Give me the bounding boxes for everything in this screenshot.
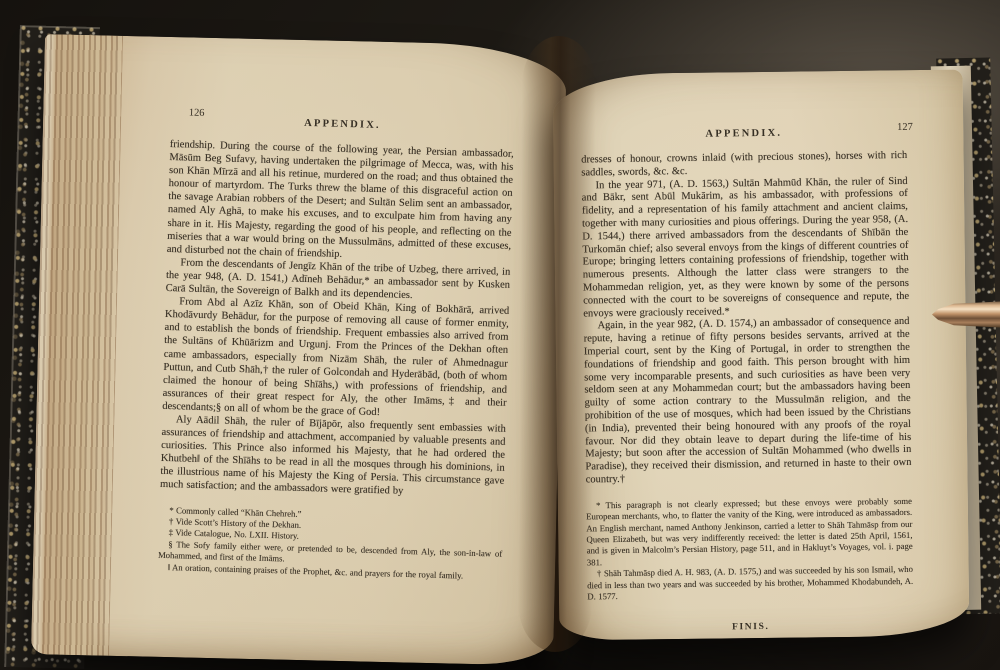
paragraph: friendship. During the course of the fol… bbox=[167, 138, 514, 266]
left-running-head: APPENDIX. bbox=[170, 114, 514, 135]
paragraph: Again, in the year 982, (A. D. 1574,) an… bbox=[583, 316, 911, 487]
right-footnotes: * This paragraph is not clearly expresse… bbox=[586, 496, 913, 603]
right-body-text: dresses of honour, crowns inlaid (with p… bbox=[581, 150, 912, 487]
photo-background: 126 APPENDIX. friendship. During the cou… bbox=[0, 0, 1000, 670]
book-page-right: APPENDIX. 127 dresses of honour, crowns … bbox=[553, 70, 970, 641]
right-running-head: APPENDIX. bbox=[581, 126, 907, 142]
footnote: † Shāh Tahmāsp died A. H. 983, (A. D. 15… bbox=[587, 564, 913, 603]
paragraph: In the year 971, (A. D. 1563,) Sultān Ma… bbox=[581, 176, 909, 321]
paragraph: From Abd al Azīz Khān, son of Obeid Khān… bbox=[162, 295, 509, 423]
left-footnotes: * Commonly called “Khān Chehreh.” † Vide… bbox=[158, 504, 504, 582]
footnote: * This paragraph is not clearly expresse… bbox=[586, 496, 913, 569]
finis-label: FINIS. bbox=[588, 620, 914, 635]
book-page-left: 126 APPENDIX. friendship. During the cou… bbox=[31, 34, 567, 666]
right-page-header: APPENDIX. 127 bbox=[581, 126, 907, 153]
paragraph: Aly Aādil Shāh, the ruler of Bījāpōr, al… bbox=[160, 413, 506, 501]
left-folio: 126 bbox=[189, 108, 205, 119]
stacked-page-edges bbox=[31, 34, 123, 656]
right-page-text: APPENDIX. 127 dresses of honour, crowns … bbox=[581, 126, 914, 635]
left-body-text: friendship. During the course of the fol… bbox=[160, 138, 514, 501]
right-folio: 127 bbox=[897, 122, 913, 133]
left-page-text: 126 APPENDIX. friendship. During the cou… bbox=[158, 114, 515, 583]
